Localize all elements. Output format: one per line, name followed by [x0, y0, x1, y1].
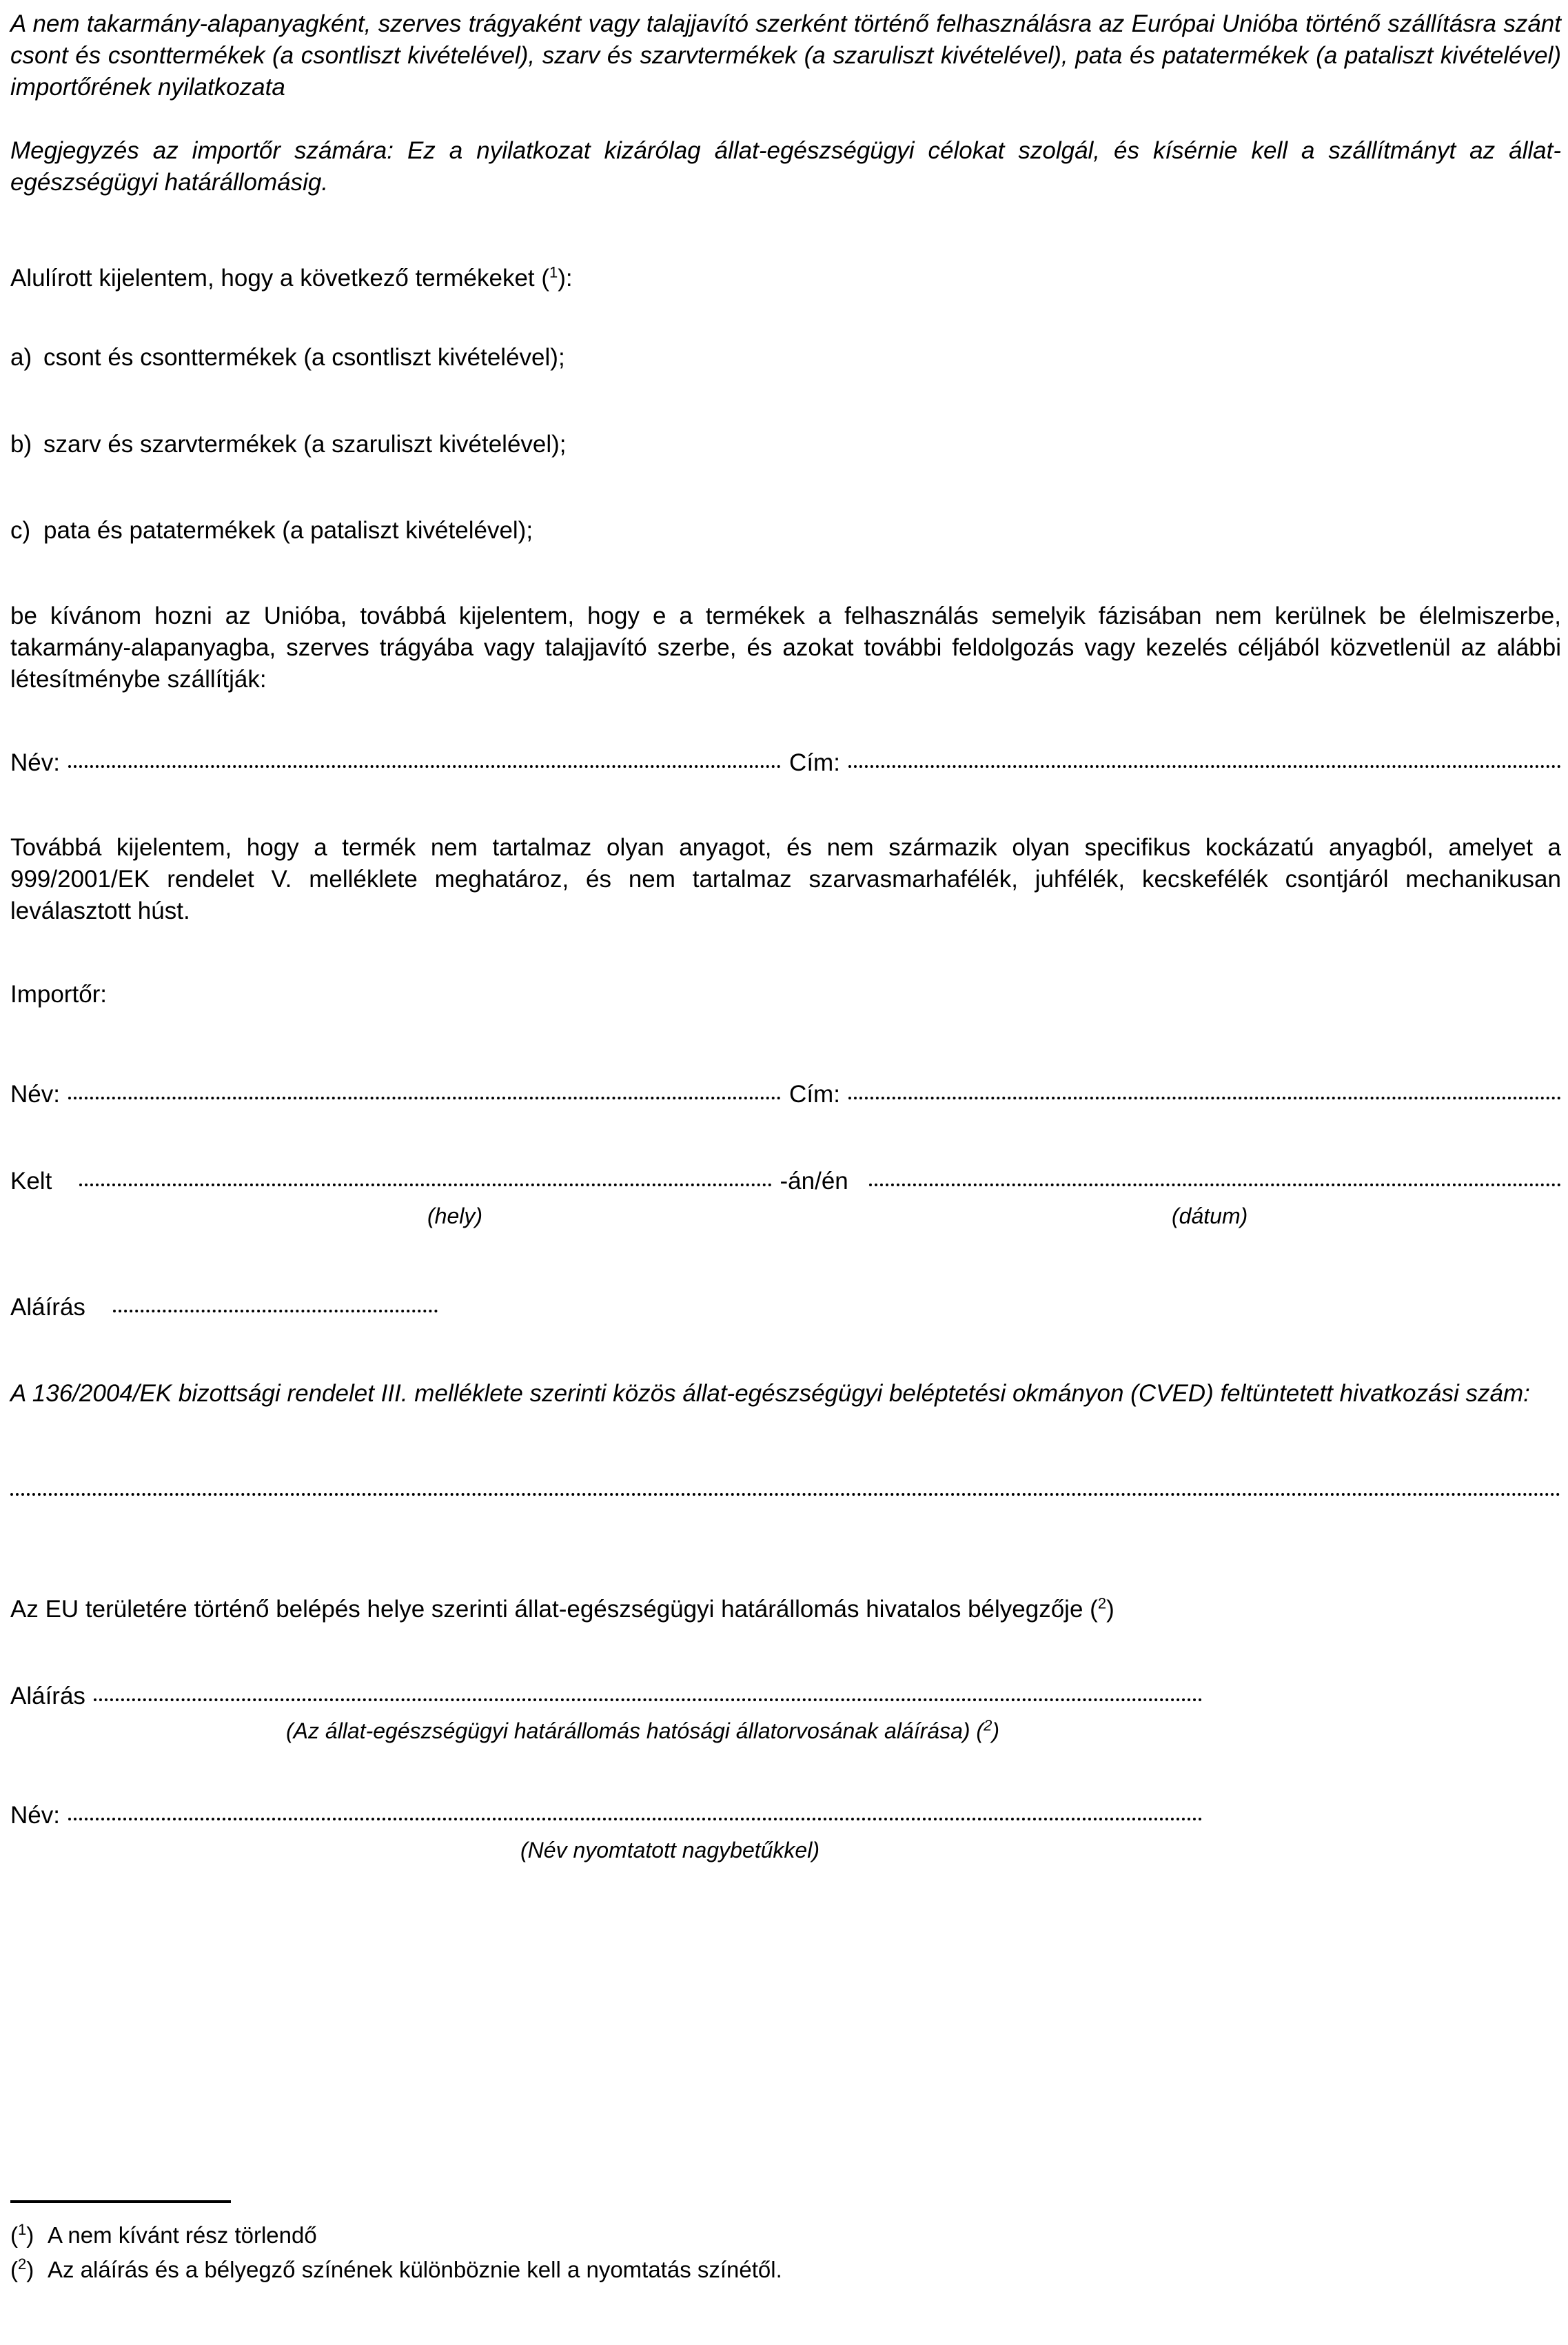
importer-address-label: Cím: [789, 1079, 840, 1110]
vet-signature: Aláírás [10, 1681, 1203, 1712]
importer-name-label: Név: [10, 1079, 60, 1110]
product-item-c[interactable]: c)pata és patatermékek (a pataliszt kivé… [10, 515, 533, 547]
importer-note: Megjegyzés az importőr számára: Ez a nyi… [10, 135, 1561, 199]
footnote-number: 2 [18, 2255, 26, 2273]
vet-name-field[interactable] [68, 1818, 1203, 1820]
cved-reference-field[interactable] [10, 1493, 1561, 1496]
footnote-number: 1 [18, 2221, 26, 2238]
place-caption: (hely) [427, 1200, 482, 1232]
caption-text: (Az állat-egészségügyi határállomás ható… [286, 1718, 984, 1743]
footnote-ref-2: 2 [1098, 1594, 1106, 1612]
intro-suffix: ): [558, 265, 572, 292]
importer-address-field[interactable] [848, 1097, 1561, 1099]
cved-reference-text: A 136/2004/EK bizottsági rendelet III. m… [10, 1378, 1561, 1410]
item-text: pata és patatermékek (a pataliszt kivéte… [43, 517, 533, 544]
dated-suffix: -án/én [780, 1166, 848, 1197]
vet-name-label: Név: [10, 1800, 60, 1831]
vet-name: Név: [10, 1800, 1203, 1831]
importer-signature: Aláírás [10, 1292, 438, 1323]
footnote-ref-2: 2 [984, 1716, 992, 1734]
declaration-body: be kívánom hozni az Unióba, továbbá kije… [10, 600, 1561, 696]
declaration-intro: Alulírott kijelentem, hogy a következő t… [10, 263, 1561, 294]
item-text: csont és csonttermékek (a csontliszt kiv… [43, 344, 565, 371]
further-declaration: Továbbá kijelentem, hogy a termék nem ta… [10, 832, 1561, 927]
product-item-a[interactable]: a)csont és csonttermékek (a csontliszt k… [10, 342, 565, 374]
vet-signature-label: Aláírás [10, 1681, 85, 1712]
item-marker: a) [10, 342, 43, 374]
item-text: szarv és szarvtermékek (a szaruliszt kiv… [43, 431, 567, 458]
date-field[interactable] [869, 1184, 1561, 1186]
footnote-text: A nem kívánt rész törlendő [48, 2222, 317, 2248]
importer-heading: Importőr: [10, 979, 1561, 1011]
item-marker: c) [10, 515, 43, 547]
establishment-address-field[interactable] [848, 765, 1561, 768]
footnote-marker: (2) [10, 2254, 48, 2286]
establishment-address-label: Cím: [789, 747, 840, 779]
importer-signature-label: Aláírás [10, 1292, 85, 1323]
footnote-2: (2)Az aláírás és a bélyegző színének kül… [10, 2254, 782, 2286]
note-label: Megjegyzés az importőr számára: [10, 137, 394, 164]
footnote-ref-1: 1 [549, 263, 558, 281]
cved-reference [10, 1496, 1561, 1499]
footnote-1: (1)A nem kívánt rész törlendő [10, 2220, 317, 2251]
stamp-label: Az EU területére történő belépés helye s… [10, 1596, 1098, 1623]
vet-signature-caption: (Az állat-egészségügyi határállomás ható… [286, 1715, 999, 1747]
establishment-name-field[interactable] [68, 765, 781, 768]
caption-suffix: ) [992, 1718, 999, 1743]
vet-signature-field[interactable] [94, 1698, 1203, 1701]
importer-name-field[interactable] [68, 1097, 781, 1099]
importer-fields: Név: Cím: [10, 1079, 1561, 1110]
stamp-text: Az EU területére történő belépés helye s… [10, 1594, 1561, 1625]
document-title: A nem takarmány-alapanyagként, szerves t… [10, 8, 1561, 103]
footnote-marker: (1) [10, 2220, 48, 2251]
stamp-suffix: ) [1106, 1596, 1114, 1623]
place-field[interactable] [79, 1184, 771, 1186]
intro-text: Alulírott kijelentem, hogy a következő t… [10, 265, 549, 292]
establishment-fields: Név: Cím: [10, 747, 1561, 779]
vet-name-caption: (Név nyomtatott nagybetűkkel) [520, 1834, 819, 1866]
footnote-text: Az aláírás és a bélyegző színének különb… [48, 2257, 782, 2282]
footnote-divider [10, 2200, 231, 2203]
dated-label: Kelt [10, 1166, 52, 1197]
product-item-b[interactable]: b)szarv és szarvtermékek (a szaruliszt k… [10, 429, 567, 460]
item-marker: b) [10, 429, 43, 460]
establishment-name-label: Név: [10, 747, 60, 779]
dated-fields: Kelt -án/én [10, 1166, 1561, 1197]
importer-signature-field[interactable] [113, 1310, 438, 1312]
date-caption: (dátum) [1172, 1200, 1248, 1232]
